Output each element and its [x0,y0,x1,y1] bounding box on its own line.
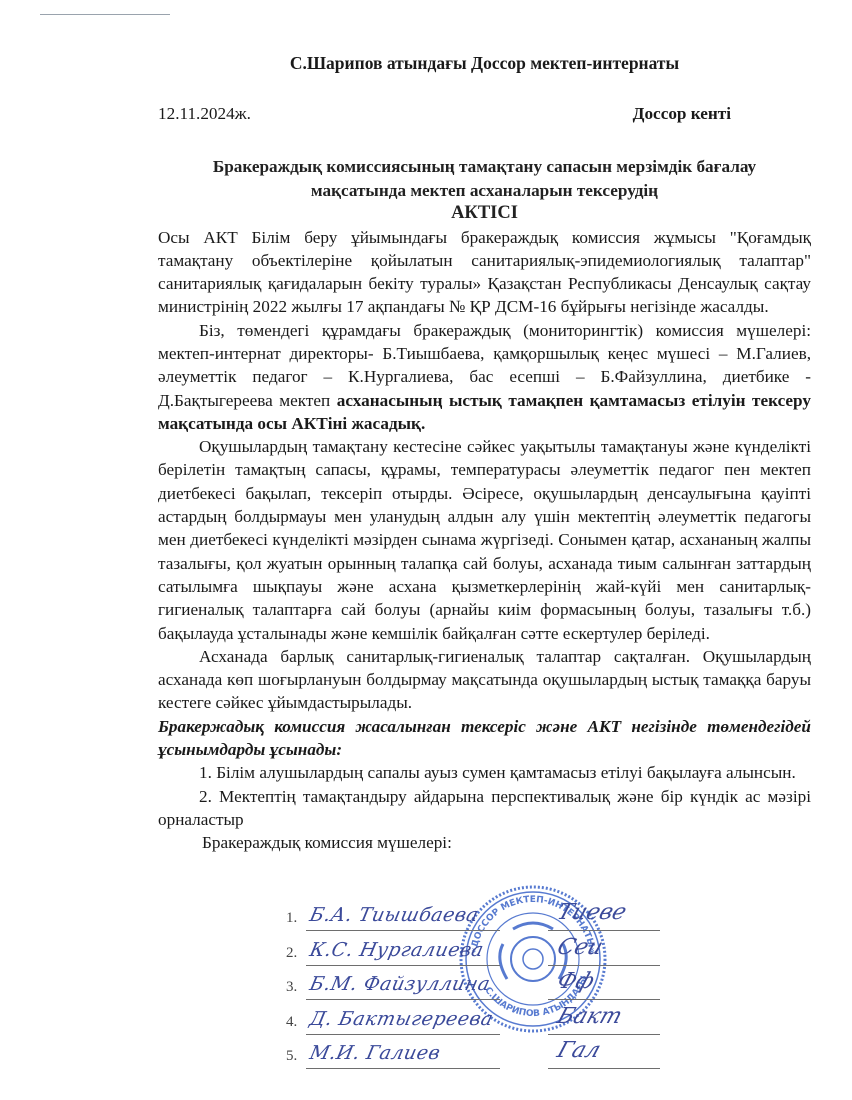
date-place-row: 12.11.2024ж. Доссор кенті [158,102,811,125]
name-line [306,965,500,966]
signature-block: 1. Б.А. Тиышбаева Тиеве 2. К.С. Нургалие… [286,900,666,1073]
signature-row: 5. М.И. Галиев Гал [286,1038,666,1073]
paragraph-monitoring: Оқушылардың тамақтану кестесіне сәйкес у… [158,435,811,645]
name-line [306,1068,500,1069]
recommendations-intro: Бракержадық комиссия жасалынған тексеріс… [158,715,811,762]
paragraph-compliance: Асханада барлық санитарлық-гигиеналық та… [158,645,811,715]
handwritten-name: К.С. Нургалиева [308,939,486,961]
signature-line [548,965,660,966]
recommendation-item: 1. Білім алушылардың сапалы ауыз сумен қ… [158,761,811,784]
signature-line [548,930,660,931]
handwritten-name: Д. Бактыгереева [308,1008,496,1030]
members-label: Бракераждық комиссия мүшелері: [202,831,811,854]
act-title-line-2: мақсатында мектеп асханаларын тексерудің [158,179,811,203]
paragraph-legal-basis: Осы АКТ Білім беру ұйымындағы бракеражды… [158,226,811,319]
document-page: С.Шарипов атындағы Доссор мектеп-интерна… [158,52,811,855]
signature-row: 3. Б.М. Файзуллина Фф [286,969,666,1004]
signature-number: 2. [286,945,297,962]
name-line [306,930,500,931]
handwritten-signature: Тиеве [554,900,630,925]
signature-line [548,1068,660,1069]
signature-number: 4. [286,1014,297,1031]
name-line [306,1034,500,1035]
handwritten-signature: Фф [554,969,598,994]
recommendation-item: 2. Мектептің тамақтандыру айдарына персп… [158,785,811,832]
handwritten-name: М.И. Галиев [308,1042,443,1064]
handwritten-signature: Бакт [554,1004,625,1029]
handwritten-signature: Гал [554,1038,604,1063]
scan-edge-line [40,14,170,15]
document-date: 12.11.2024ж. [158,102,251,125]
signature-number: 1. [286,910,297,927]
handwritten-name: Б.М. Файзуллина [308,973,493,995]
act-title-line-1: Бракераждық комиссиясының тамақтану сапа… [158,155,811,179]
name-line [306,999,500,1000]
signature-number: 3. [286,979,297,996]
signature-line [548,999,660,1000]
handwritten-signature: Сеи [554,935,606,960]
handwritten-name: Б.А. Тиышбаева [308,904,481,926]
signature-row: 4. Д. Бактыгереева Бакт [286,1004,666,1039]
signature-number: 5. [286,1048,297,1065]
paragraph-commission: Біз, төмендегі құрамдағы бракераждық (мо… [158,319,811,435]
document-place: Доссор кенті [633,102,811,125]
act-title: Бракераждық комиссиясының тамақтану сапа… [158,155,811,226]
signature-row: 1. Б.А. Тиышбаева Тиеве [286,900,666,935]
act-title-line-3: АКТІСІ [158,202,811,226]
organization-title: С.Шарипов атындағы Доссор мектеп-интерна… [158,52,811,75]
signature-row: 2. К.С. Нургалиева Сеи [286,935,666,970]
signature-line [548,1034,660,1035]
